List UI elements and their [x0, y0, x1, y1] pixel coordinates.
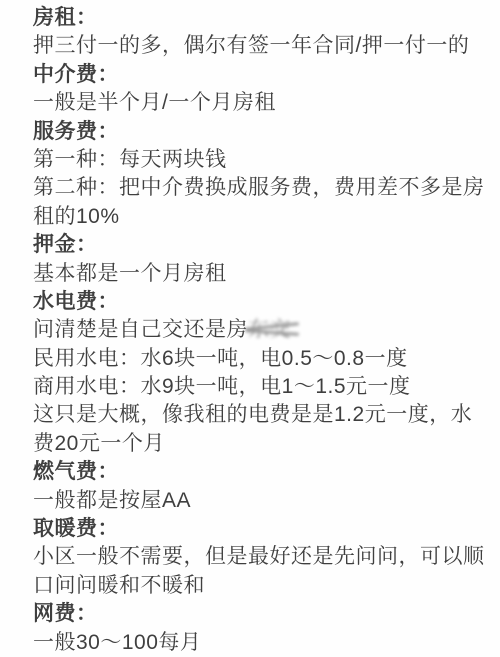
section-heading-deposit: 押金： — [33, 231, 472, 259]
note-line: 基本都是一个月房租 — [33, 260, 472, 288]
note-line: 费20元一个月 — [33, 430, 472, 458]
section-heading-gas-fee: 燃气费： — [33, 458, 472, 486]
scribbled-redaction: 东交 — [248, 316, 301, 344]
note-line: 一般是半个月/一个月房租 — [33, 89, 472, 117]
note-line: 商用水电：水9块一吨，电1～1.5元一度 — [33, 373, 472, 401]
section-heading-service-fee: 服务费： — [33, 118, 472, 146]
note-line-text: 问清楚是自己交还是房 — [33, 318, 248, 341]
section-heading-utilities: 水电费： — [33, 288, 472, 316]
note-line: 一般都是按屋AA — [33, 487, 472, 515]
note-line: 民用水电：水6块一吨，电0.5～0.8一度 — [33, 345, 472, 373]
note-line: 第一种：每天两块钱 — [33, 146, 472, 174]
note-line: 小区一般不需要，但是最好还是先问问，可以顺 — [33, 543, 472, 571]
note-line: 这只是大概，像我租的电费是是1.2元一度，水 — [33, 401, 472, 429]
section-heading-agency-fee: 中介费： — [33, 61, 472, 89]
note-line: 一般30～100每月 — [33, 629, 472, 657]
section-heading-internet-fee: 网费： — [33, 600, 472, 628]
note-line: 口问问暖和不暖和 — [33, 572, 472, 600]
note-line: 租的10% — [33, 203, 472, 231]
note-line: 第二种：把中介费换成服务费，费用差不多是房 — [33, 174, 472, 202]
note-line: 押三付一的多，偶尔有签一年合同/押一付一的 — [33, 32, 472, 60]
note-line-with-redaction: 问清楚是自己交还是房东交 — [33, 316, 472, 344]
section-heading-heating-fee: 取暖费： — [33, 515, 472, 543]
note-document: 房租： 押三付一的多，偶尔有签一年合同/押一付一的 中介费： 一般是半个月/一个… — [0, 0, 500, 657]
section-heading-rent: 房租： — [33, 4, 472, 32]
